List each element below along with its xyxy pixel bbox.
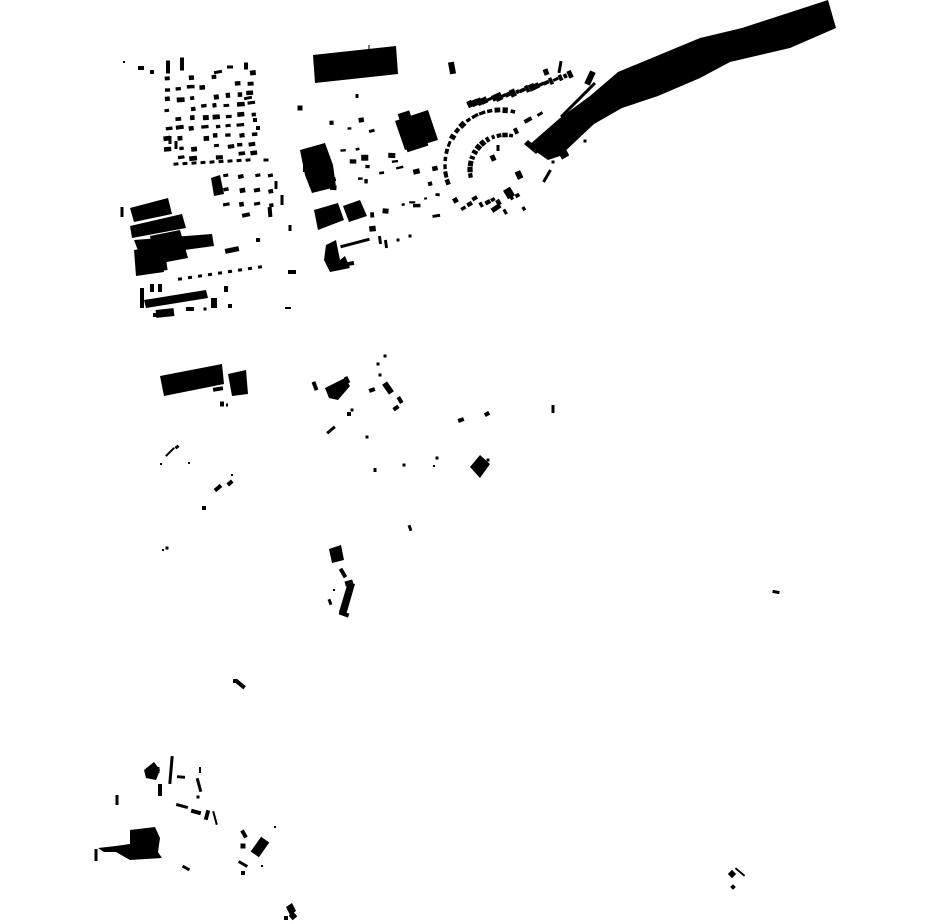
building-footprint [356,94,359,98]
building-footprint [435,193,439,196]
building-footprint [288,270,296,274]
building-footprint [396,166,404,170]
building-footprint [326,426,336,435]
building-footprint [515,170,524,180]
building-footprint [238,860,248,868]
building-footprint [239,202,244,207]
building-footprint [218,160,223,164]
building-footprint [204,308,207,311]
building-footprint [228,370,248,396]
building-footprint [384,355,387,358]
southwest-hamlet [95,756,298,920]
building-footprint [123,61,125,63]
building-footprint [350,159,357,163]
building-footprint [225,246,240,254]
building-footprint [543,68,550,75]
building-footprint [268,173,274,177]
building-footprint [226,93,231,98]
building-footprint [487,109,493,113]
building-footprint [144,290,208,308]
building-footprint [542,169,552,183]
building-footprint [494,107,500,112]
building-footprint [212,103,217,108]
building-footprint [502,107,508,113]
building-footprint [216,155,223,160]
building-footprint [199,85,205,90]
building-footprint [490,154,497,162]
building-footprint [728,870,736,878]
building-footprint [176,87,182,91]
building-footprint [239,188,245,194]
building-footprint [460,206,466,212]
building-footprint [248,82,254,86]
building-footprint [558,61,563,73]
building-footprint [191,809,202,815]
building-footprint [490,197,496,202]
building-footprint [165,96,171,101]
building-footprint [237,102,245,107]
building-footprint [175,445,180,450]
building-footprint [314,203,344,230]
building-footprint [355,147,359,150]
building-footprint [224,286,228,292]
building-footprint [343,200,367,222]
building-footprint [275,181,278,189]
building-footprint [502,133,508,138]
building-footprint [177,136,182,141]
building-footprint [121,207,124,217]
building-footprint [467,167,472,173]
building-footprint [245,158,250,162]
building-footprint [428,181,433,186]
building-footprint [365,165,369,169]
west-industrial-block [121,198,263,318]
building-footprint [208,273,212,277]
building-footprint [199,767,201,773]
building-footprint [164,147,172,152]
building-footprint [225,124,231,128]
building-footprint [166,126,173,130]
building-footprint [209,160,214,164]
building-footprint [244,63,248,70]
building-footprint [369,45,370,49]
building-footprint [548,77,554,85]
building-footprint [212,114,220,119]
building-footprint [558,74,564,81]
building-footprint [228,270,232,274]
building-footprint [198,274,202,278]
building-footprint [238,92,243,97]
building-footprint [189,75,195,80]
building-footprint [238,268,242,272]
building-footprint [165,88,170,92]
building-footprint [211,175,224,196]
building-footprint [497,145,500,151]
building-footprint [563,73,568,79]
building-footprint [214,144,219,148]
building-footprint [458,121,466,129]
building-footprint [470,455,490,478]
building-footprint [449,134,456,141]
building-footprint [358,117,364,123]
building-footprint [238,174,244,179]
building-footprint [289,225,292,231]
building-footprint [160,463,162,465]
building-footprint [433,465,435,467]
building-footprint [491,135,495,140]
building-footprint [242,212,251,218]
building-footprint [471,149,478,155]
building-footprint [248,267,252,271]
building-footprint [339,582,355,615]
building-footprint [313,46,398,83]
building-footprint [168,756,173,784]
building-footprint [509,134,513,138]
building-footprint [244,96,252,101]
building-footprint [250,70,256,76]
building-footprint [164,109,169,113]
building-footprint [484,199,491,206]
south-courtyard-chain [233,545,780,689]
building-footprint [237,143,243,147]
building-footprint [264,159,269,162]
building-footprint [197,796,200,799]
building-footprint [397,396,404,404]
building-footprint [165,447,175,457]
building-footprint [369,387,376,393]
building-footprint [409,201,415,203]
building-footprint [524,116,533,123]
building-footprint [351,409,354,412]
building-footprint [214,484,223,492]
building-footprint [378,236,382,244]
building-footprint [150,284,154,292]
building-footprint [384,240,388,248]
building-footprint [139,264,149,272]
building-footprint [347,412,351,416]
building-footprint [496,133,501,138]
northeast-long-factory [524,0,836,164]
building-footprint [238,151,245,155]
building-footprint [256,238,260,242]
building-footprint [513,127,519,134]
building-footprint [226,404,228,407]
building-footprint [268,207,273,217]
building-footprint [256,126,260,130]
building-footprint [284,916,288,920]
building-footprint [364,179,368,184]
building-footprint [188,276,192,280]
building-footprint [179,147,184,151]
building-footprint [214,94,220,100]
figure-ground-map [0,0,930,924]
building-footprint [515,193,521,199]
building-footprint [189,126,194,131]
building-footprint [552,161,555,164]
building-footprint [444,148,449,154]
building-footprint [178,155,185,159]
building-footprint [248,142,255,147]
building-footprint [333,589,335,591]
building-footprint [212,811,218,825]
building-footprint [379,171,384,174]
building-footprint [223,173,229,177]
building-footprint [298,106,303,111]
building-footprint [377,363,380,366]
building-footprint [165,76,170,80]
building-footprint [231,474,233,476]
building-footprint [166,547,169,550]
building-footprint [303,164,309,172]
building-footprint [424,197,427,200]
building-footprint [186,307,194,311]
building-footprint [537,111,544,117]
building-footprint [487,459,490,462]
building-footprint [150,70,154,74]
building-footprint [176,125,184,130]
building-footprint [392,405,399,412]
building-footprint [254,202,261,206]
building-footprint [182,865,190,872]
building-footprint [214,70,222,74]
building-footprint [413,168,421,175]
building-footprint [189,156,197,162]
building-footprint [447,141,452,148]
building-footprint [553,77,559,82]
building-footprint [432,166,438,172]
building-footprint [510,109,515,113]
building-footprint [369,129,375,133]
building-footprint [443,164,447,169]
building-footprint [471,113,479,119]
building-footprint [366,436,369,439]
building-footprint [313,147,323,157]
building-footprint [202,506,206,510]
building-footprint [285,307,291,309]
building-footprint [397,239,400,242]
building-footprint [330,185,337,190]
building-footprint [403,464,406,467]
building-footprint [162,549,164,551]
building-footprint [236,123,244,127]
building-footprint [252,132,258,136]
building-footprint [190,96,195,100]
building-footprint [340,238,370,249]
building-footprint [235,81,241,86]
building-footprint [239,133,245,138]
building-footprint [241,844,246,849]
building-footprint [584,140,587,143]
building-footprint [180,58,184,71]
building-footprint [138,66,144,70]
building-footprint [735,867,745,876]
building-footprint [247,101,255,105]
building-footprint [281,195,284,205]
building-footprint [152,260,167,272]
building-footprint [251,837,270,857]
building-footprint [241,871,245,875]
building-footprint [348,127,352,130]
building-footprint [182,162,187,166]
building-footprint [228,304,232,308]
building-footprint [220,402,224,407]
building-footprint [191,147,197,152]
building-footprint [226,480,233,487]
building-footprint [204,810,210,821]
building-footprint [175,117,181,121]
building-footprint [176,803,188,809]
building-footprint [169,136,172,144]
building-footprint [200,161,205,165]
building-footprint [201,104,207,108]
building-footprint [227,159,232,163]
building-footprint [188,462,190,464]
building-footprint [468,160,474,166]
building-footprint [443,157,447,162]
building-footprint [436,457,439,460]
building-footprint [223,187,229,191]
building-footprint [203,115,209,120]
building-footprint [150,230,188,264]
building-footprint [409,235,412,238]
building-footprint [196,778,203,792]
building-footprint [503,209,508,215]
building-footprint [339,568,347,579]
building-footprint [478,202,484,208]
southeast-outliers [728,867,745,889]
building-footprint [228,144,235,149]
building-footprint [258,265,262,269]
building-footprint [240,830,247,839]
building-footprint [201,125,209,129]
building-footprint [312,381,319,391]
building-footprint [466,117,472,123]
building-footprint [177,775,185,779]
building-footprint [552,405,555,413]
building-footprint [452,197,459,204]
building-footprint [213,133,218,138]
building-footprint [254,188,261,193]
building-footprint [187,85,195,89]
building-footprint [772,590,779,594]
building-footprint [223,104,229,107]
building-footprint [255,173,261,177]
building-footprint [374,468,377,472]
building-footprint [116,795,119,805]
building-footprint [509,88,517,97]
central-town-core [211,45,440,309]
building-footprint [408,525,413,532]
building-footprint [158,784,162,796]
building-footprint [204,136,210,141]
building-footprint [454,127,460,134]
building-footprint [173,162,178,166]
building-footprint [484,411,490,417]
building-footprint [413,204,421,208]
building-footprint [448,62,456,75]
building-footprint [212,75,217,80]
building-footprint [382,381,394,394]
building-footprint [469,155,475,160]
building-footprint [140,288,144,308]
building-footprint [191,161,196,165]
building-footprint [227,66,233,69]
building-footprint [329,545,344,563]
building-footprint [528,0,836,160]
building-footprint [216,125,221,129]
building-footprint [175,141,178,149]
building-footprint [479,110,486,115]
building-footprint [190,115,195,120]
building-footprint [730,884,736,890]
building-footprint [223,202,230,206]
building-footprint [250,150,257,155]
building-footprint [268,189,274,194]
building-footprint [443,171,448,178]
building-footprint [157,767,160,773]
building-footprint [369,226,376,232]
building-footprint [237,112,244,117]
building-footprint [329,121,333,125]
building-footprint [340,149,346,152]
building-footprint [177,97,185,102]
building-footprint [95,849,98,861]
building-footprint [358,177,363,180]
building-footprint [225,133,230,137]
northwest-residential-grid [123,58,260,166]
building-footprint [178,277,182,281]
building-footprint [370,212,374,217]
building-footprint [468,173,473,178]
building-footprint [252,113,257,117]
building-footprint [471,195,478,201]
building-footprint [466,201,473,207]
building-footprint [226,115,232,118]
building-footprint [445,179,451,186]
building-footprint [402,203,405,206]
building-footprint [158,284,162,292]
building-footprint [236,159,241,163]
building-footprint [274,826,276,828]
building-footprint [233,679,237,683]
building-footprint [328,599,333,606]
building-footprint [485,136,491,142]
building-footprint [213,386,224,392]
building-footprint [156,308,175,318]
central-scattered-farmsteads [160,355,555,552]
building-footprint [218,271,222,275]
building-footprint [166,61,170,74]
building-footprint [521,206,526,211]
building-footprint [382,208,388,214]
building-footprint [432,214,440,218]
building-footprint [361,155,368,161]
building-footprint [98,827,162,860]
building-footprint [211,298,217,308]
building-footprint [379,374,382,377]
building-footprint [253,118,257,122]
building-footprint [246,90,253,95]
building-footprint [458,417,465,423]
building-footprint [261,865,263,867]
building-footprint [191,107,196,112]
building-footprint [392,160,398,163]
building-footprint [388,153,395,158]
building-footprint [153,313,157,317]
